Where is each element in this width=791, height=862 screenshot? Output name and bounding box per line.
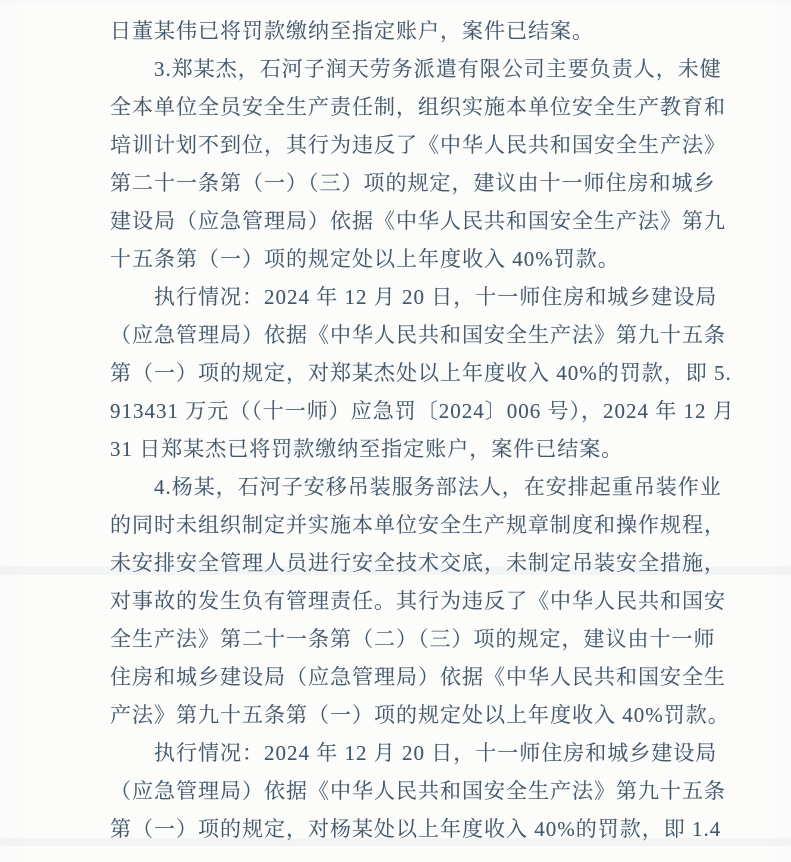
text-line: 第（一）项的规定，对郑某杰处以上年度收入 40%的罚款，即 5.: [110, 354, 710, 392]
text-line: 4.杨某，石河子安移吊装服务部法人，在安排起重吊装作业: [110, 468, 710, 506]
text-line: 3.郑某杰，石河子润天劳务派遣有限公司主要负责人，未健: [110, 50, 710, 88]
text-line: 住房和城乡建设局（应急管理局）依据《中华人民共和国安全生: [110, 658, 710, 696]
text-line: 第二十一条第（一）（三）项的规定，建议由十一师住房和城乡: [110, 164, 710, 202]
text-line: 建设局（应急管理局）依据《中华人民共和国安全生产法》第九: [110, 202, 710, 240]
text-line: 的同时未组织制定并实施本单位安全生产规章制度和操作规程，: [110, 506, 710, 544]
text-line: 执行情况：2024 年 12 月 20 日，十一师住房和城乡建设局: [110, 734, 710, 772]
document-page: 日董某伟已将罚款缴纳至指定账户，案件已结案。3.郑某杰，石河子润天劳务派遣有限公…: [0, 0, 791, 862]
document-text: 日董某伟已将罚款缴纳至指定账户，案件已结案。3.郑某杰，石河子润天劳务派遣有限公…: [110, 12, 710, 848]
text-line: 未安排安全管理人员进行安全技术交底，未制定吊装安全措施，: [110, 544, 710, 582]
text-line: 对事故的发生负有管理责任。其行为违反了《中华人民共和国安: [110, 582, 710, 620]
text-line: 培训计划不到位，其行为违反了《中华人民共和国安全生产法》: [110, 126, 710, 164]
text-line: 31 日郑某杰已将罚款缴纳至指定账户，案件已结案。: [110, 430, 710, 468]
text-line: 执行情况：2024 年 12 月 20 日，十一师住房和城乡建设局: [110, 278, 710, 316]
text-line: 产法》第九十五条第（一）项的规定处以上年度收入 40%罚款。: [110, 696, 710, 734]
text-line: 全本单位全员安全生产责任制，组织实施本单位安全生产教育和: [110, 88, 710, 126]
text-line: 日董某伟已将罚款缴纳至指定账户，案件已结案。: [110, 12, 710, 50]
text-line: 全生产法》第二十一条第（二）（三）项的规定，建议由十一师: [110, 620, 710, 658]
text-line: 第（一）项的规定，对杨某处以上年度收入 40%的罚款，即 1.4: [110, 810, 710, 848]
text-line: （应急管理局）依据《中华人民共和国安全生产法》第九十五条: [110, 316, 710, 354]
text-line: （应急管理局）依据《中华人民共和国安全生产法》第九十五条: [110, 772, 710, 810]
text-line: 913431 万元（（十一师）应急罚〔2024〕006 号），2024 年 12…: [110, 392, 710, 430]
text-line: 十五条第（一）项的规定处以上年度收入 40%罚款。: [110, 240, 710, 278]
